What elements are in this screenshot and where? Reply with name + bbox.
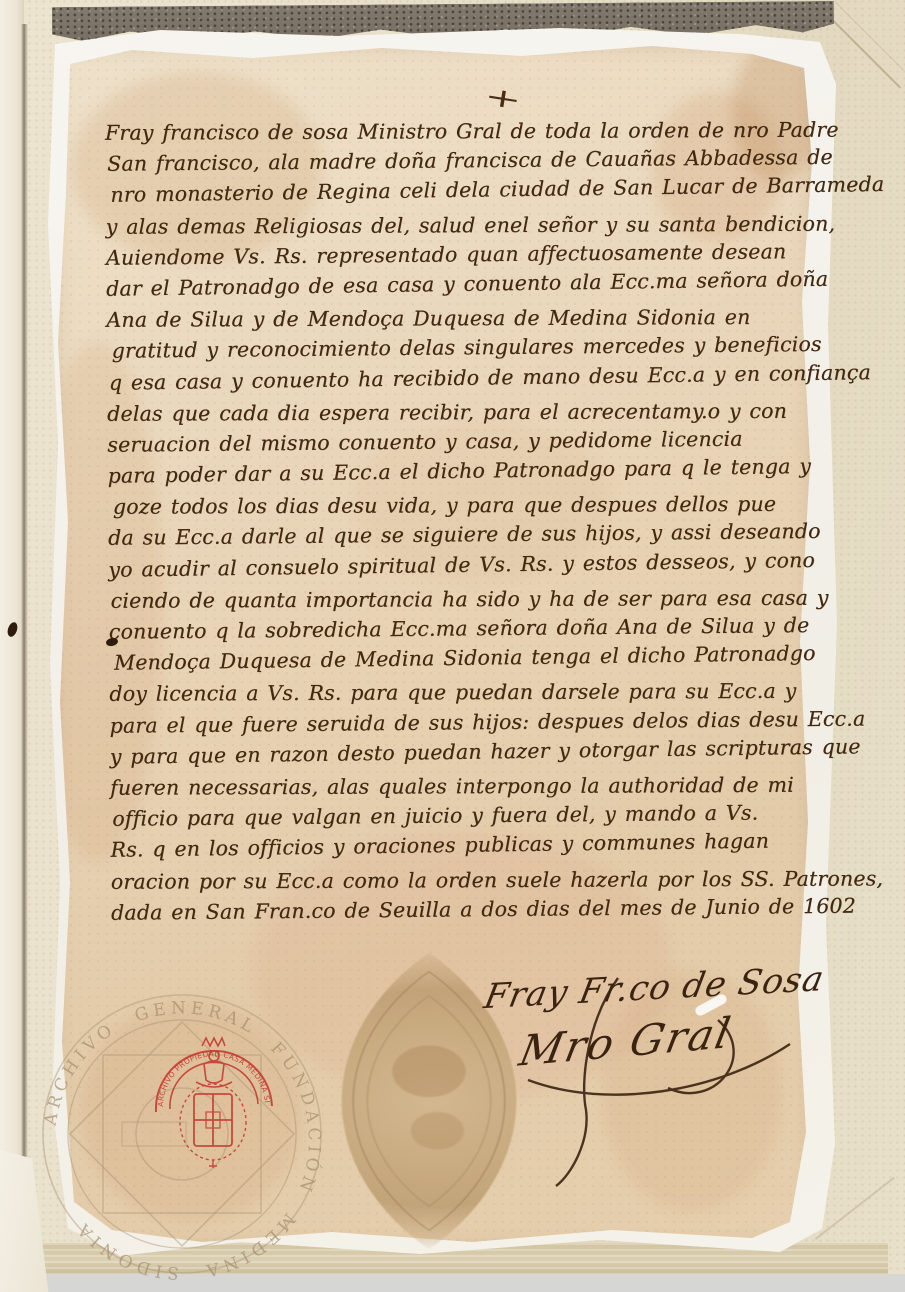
red-ink-stamp: ARCHIVO PROPIEDAD CASA MEDINA SIDONIA (138, 994, 288, 1204)
red-stamp-shield (180, 1084, 246, 1168)
manuscript-line: dada en San Fran.co de Seuilla a dos dia… (111, 894, 817, 932)
manuscript-text-block: Fray francisco de sosa Ministro Gral de … (105, 115, 817, 931)
cross-mark: + (482, 81, 523, 116)
signature-block: Fray Fr.co de Sosa Mro Gral (484, 959, 829, 1072)
